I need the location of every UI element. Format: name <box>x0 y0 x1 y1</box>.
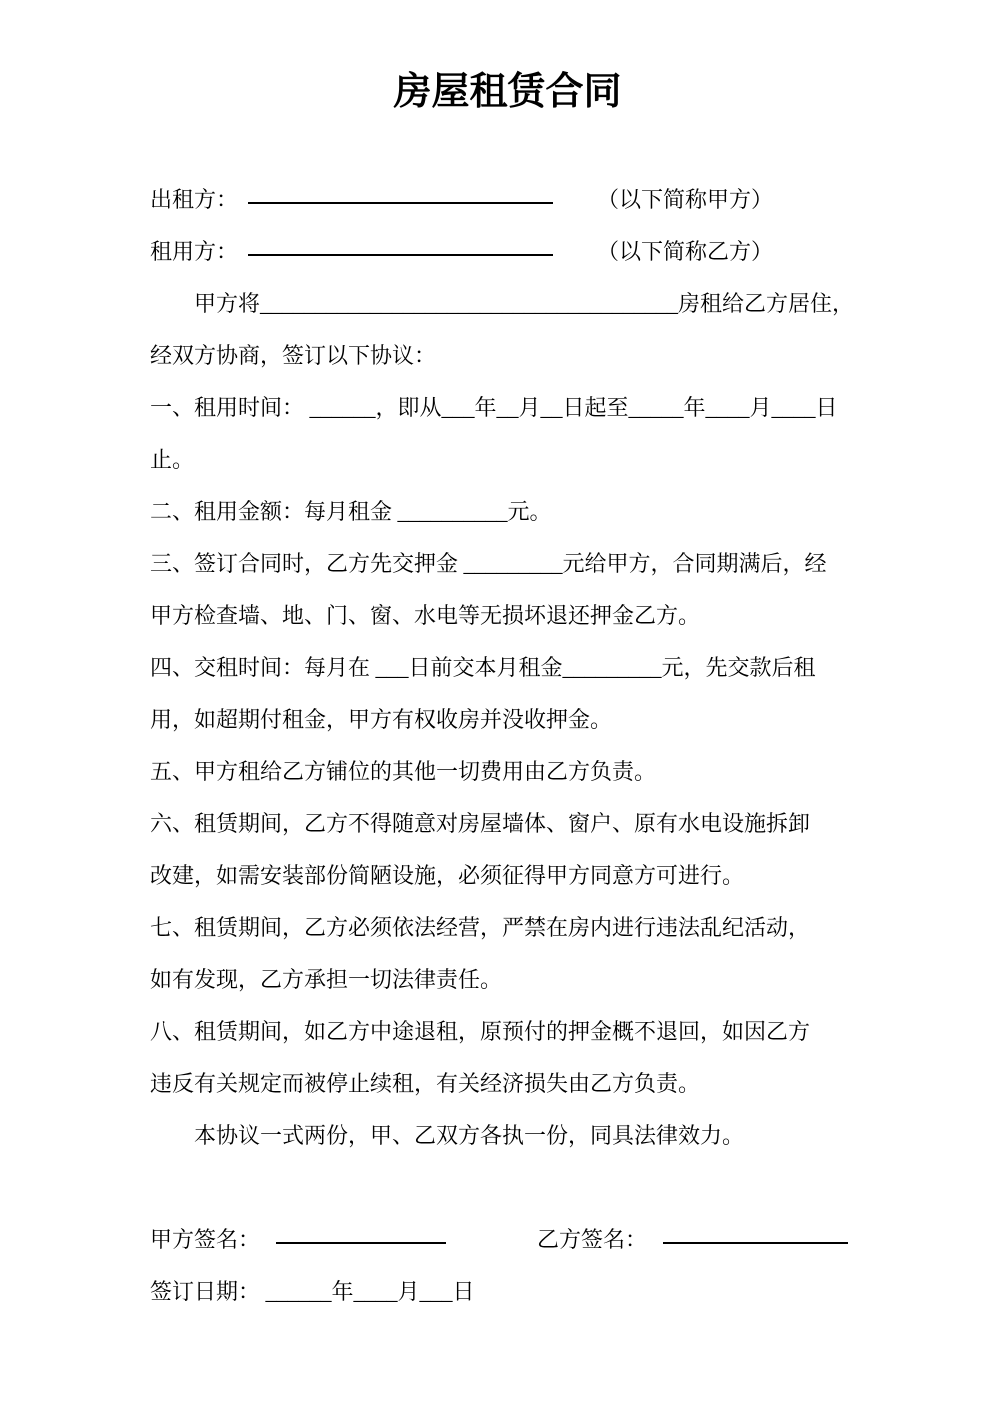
clause-2-rent-amount: 二、租用金额：每月租金 __________元。 <box>150 486 865 538</box>
clause-3-deposit: 三、签订合同时，乙方先交押金 _________元给甲方，合同期满后，经 甲方检… <box>150 538 865 642</box>
signature-row: 甲方签名：乙方签名： <box>150 1214 865 1266</box>
lessor-row: 出租方：（以下简称甲方） <box>150 174 865 226</box>
page-title: 房屋租赁合同 <box>150 70 865 114</box>
lessee-note: （以下简称乙方） <box>597 239 773 264</box>
lessor-label: 出租方： <box>150 187 238 212</box>
clause-7-lawful-operation: 七、租赁期间，乙方必须依法经营，严禁在房内进行违法乱纪活动， 如有发现，乙方承担… <box>150 902 865 1006</box>
lessor-note: （以下简称甲方） <box>597 187 773 212</box>
lessee-row: 租用方：（以下简称乙方） <box>150 226 865 278</box>
party-b-signature-label: 乙方签名： <box>537 1227 647 1252</box>
party-b-signature-blank-line <box>663 1241 848 1244</box>
closing-paragraph: 本协议一式两份，甲、乙双方各执一份，同具法律效力。 <box>150 1110 865 1162</box>
clause-8-early-termination: 八、租赁期间，如乙方中途退租，原预付的押金概不退回，如因乙方 违反有关规定而被停… <box>150 1006 865 1110</box>
intro-paragraph: 甲方将_____________________________________… <box>150 278 865 382</box>
party-a-signature-label: 甲方签名： <box>150 1227 260 1252</box>
clause-6-no-alteration: 六、租赁期间，乙方不得随意对房屋墙体、窗户、原有水电设施拆卸 改建，如需安装部份… <box>150 798 865 902</box>
contract-document-page: 房屋租赁合同 出租方：（以下简称甲方） 租用方：（以下简称乙方） 甲方将____… <box>0 0 993 1404</box>
signing-date-row: 签订日期： ______年____月___日 <box>150 1266 865 1318</box>
lessee-name-blank-line <box>248 253 553 256</box>
clause-5-other-fees: 五、甲方租给乙方铺位的其他一切费用由乙方负责。 <box>150 746 865 798</box>
lessee-label: 租用方： <box>150 239 238 264</box>
clause-4-payment-time: 四、交租时间：每月在 ___日前交本月租金_________元，先交款后租 用，… <box>150 642 865 746</box>
lessor-name-blank-line <box>248 201 553 204</box>
clause-1-rental-period: 一、租用时间： ______，即从___年__月__日起至_____年____月… <box>150 382 865 486</box>
party-a-signature-blank-line <box>276 1241 446 1244</box>
